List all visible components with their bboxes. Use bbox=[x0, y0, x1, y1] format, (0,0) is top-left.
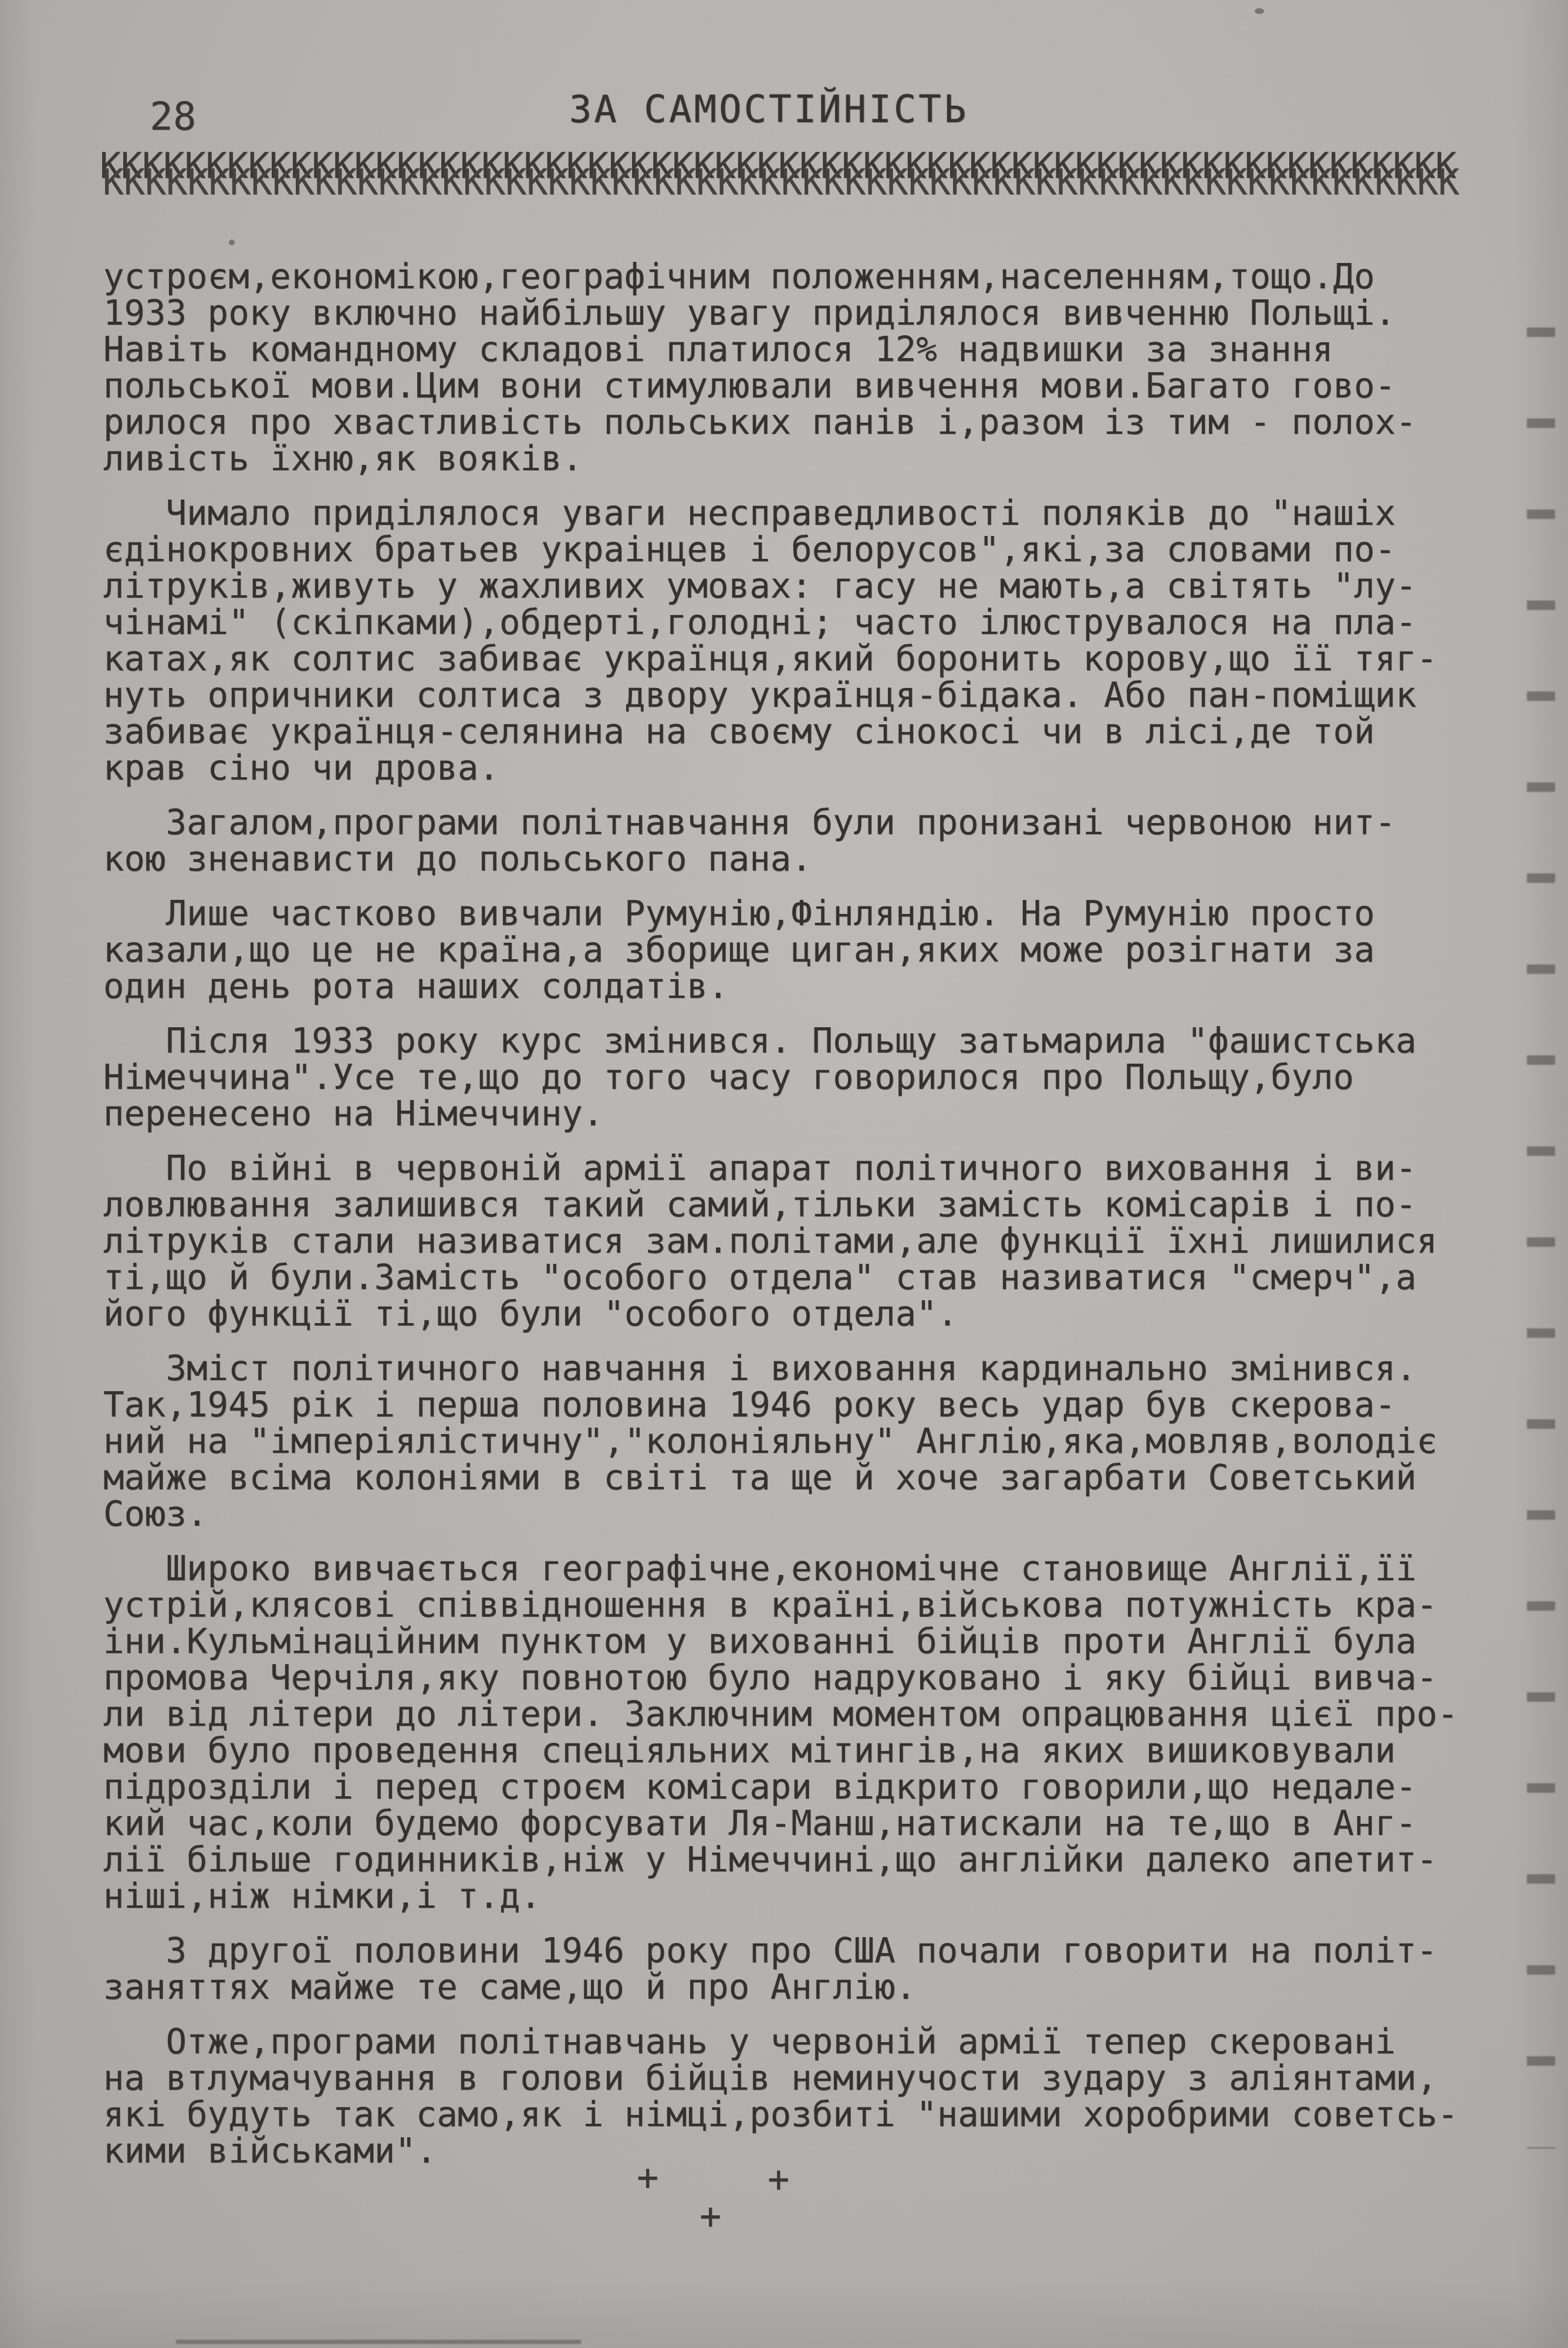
scan-bottom-artifact bbox=[176, 2340, 581, 2344]
paragraph-2: Чимало приділялося уваги несправедливост… bbox=[103, 495, 1523, 786]
plus-mark-3: + bbox=[699, 2194, 721, 2237]
paragraph-4: Лише частково вивчали Румунію,Фінляндію.… bbox=[103, 895, 1523, 1004]
divider-row-bottom: КККККККККККККККККККККККККККККККККККККККК… bbox=[103, 162, 1459, 203]
plus-mark-2: + bbox=[768, 2157, 789, 2200]
page-title: ЗА САМОСТІЙНІСТЬ bbox=[0, 88, 1537, 131]
paragraph-5: Після 1933 року курс змінився. Польщу за… bbox=[103, 1023, 1523, 1132]
paragraph-7: Зміст політичного навчання і виховання к… bbox=[103, 1350, 1523, 1532]
scan-speck bbox=[1255, 8, 1264, 14]
paragraph-8: Широко вивчається географічне,економічне… bbox=[103, 1550, 1523, 1914]
document-page: 28 ЗА САМОСТІЙНІСТЬ КККККККККККККККККККК… bbox=[0, 0, 1568, 2348]
scan-speck bbox=[229, 239, 235, 245]
paragraph-10: Отже,програми політнавчань у червоній ар… bbox=[103, 2023, 1523, 2169]
paragraph-3: Загалом,програми політнавчання були прон… bbox=[103, 804, 1523, 877]
scan-edge-marks bbox=[1527, 258, 1555, 2148]
paragraph-9: З другої половини 1946 року про США поча… bbox=[103, 1932, 1523, 2005]
paragraph-1: устроєм,економікою,географічним положенн… bbox=[103, 258, 1523, 477]
paragraph-6: По війні в червоній армії апарат політич… bbox=[103, 1150, 1523, 1332]
body-text: устроєм,економікою,географічним положенн… bbox=[103, 258, 1523, 2187]
plus-mark-1: + bbox=[637, 2155, 658, 2198]
divider-band: КККККККККККККККККККККККККККККККККККККККК… bbox=[100, 146, 1520, 210]
